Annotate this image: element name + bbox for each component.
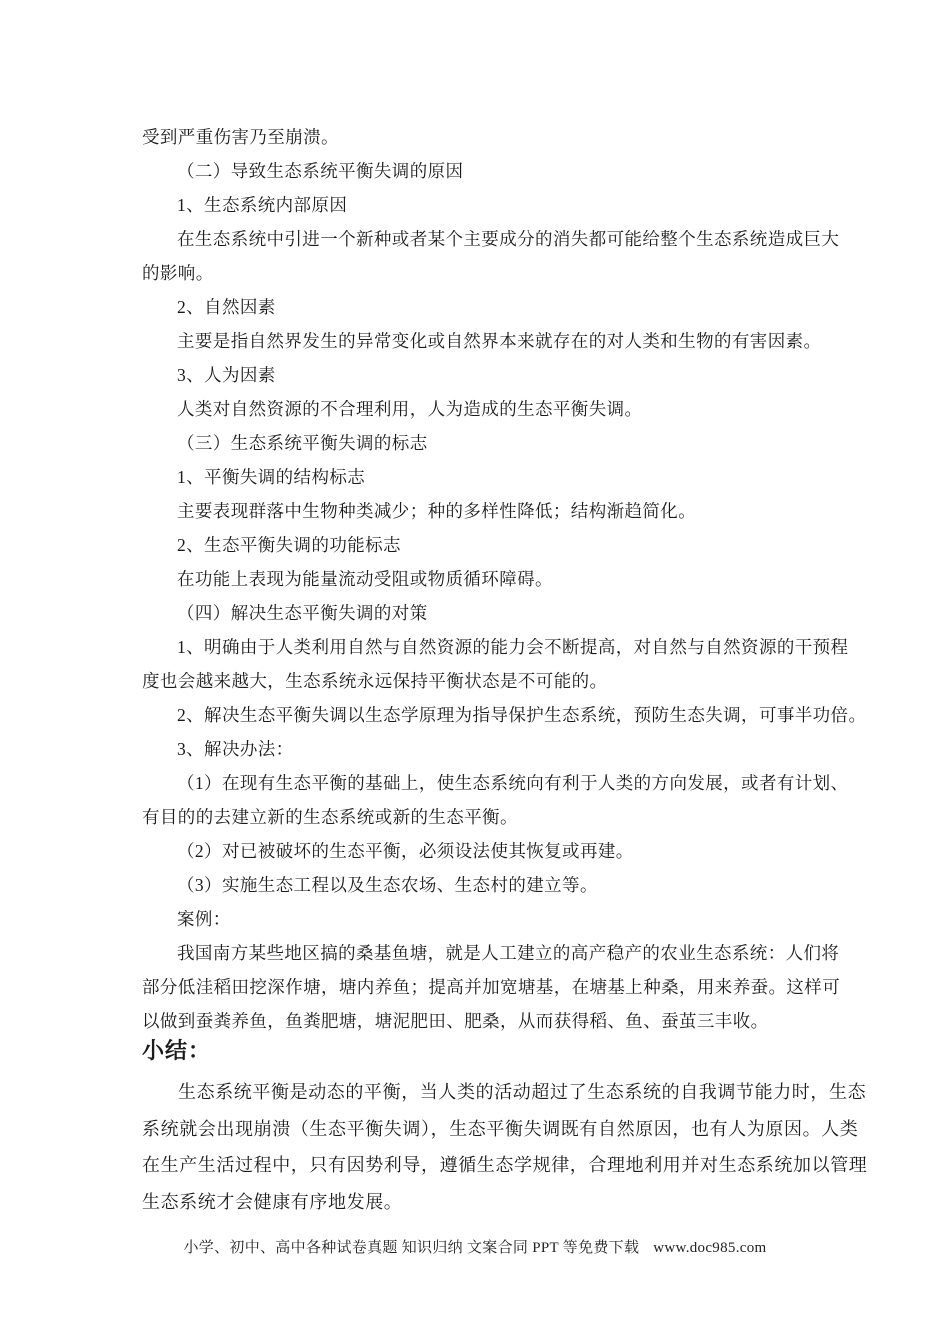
page-footer: 小学、初中、高中各种试卷真题 知识归纳 文案合同 PPT 等免费下载www.do… bbox=[0, 1238, 950, 1258]
body-line: 在功能上表现为能量流动受阻或物质循环障碍。 bbox=[142, 562, 848, 596]
body-line-section-4-heading: （四）解决生态平衡失调的对策 bbox=[142, 596, 848, 630]
body-line: （2）对已被破坏的生态平衡，必须设法使其恢复或再建。 bbox=[142, 834, 848, 868]
body-line: 以做到蚕粪养鱼，鱼粪肥塘，塘泥肥田、肥桑，从而获得稻、鱼、蚕茧三丰收。 bbox=[142, 1004, 848, 1038]
summary-line: 系统就会出现崩溃（生态平衡失调），生态平衡失调既有自然原因，也有人为原因。人类 bbox=[142, 1111, 848, 1148]
summary-paragraph: 生态系统平衡是动态的平衡，当人类的活动超过了生态系统的自我调节能力时，生态 系统… bbox=[142, 1074, 848, 1220]
body-line: （3）实施生态工程以及生态农场、生态村的建立等。 bbox=[142, 868, 848, 902]
body-line: 在生态系统中引进一个新种或者某个主要成分的消失都可能给整个生态系统造成巨大 bbox=[142, 222, 848, 256]
document-body: 受到严重伤害乃至崩溃。 （二）导致生态系统平衡失调的原因 1、生态系统内部原因 … bbox=[142, 120, 848, 1038]
footer-url[interactable]: www.doc985.com bbox=[653, 1240, 766, 1256]
body-line: 2、生态平衡失调的功能标志 bbox=[142, 528, 848, 562]
body-line: 人类对自然资源的不合理利用，人为造成的生态平衡失调。 bbox=[142, 392, 848, 426]
body-line: 3、解决办法： bbox=[142, 732, 848, 766]
footer-promo-text: 小学、初中、高中各种试卷真题 知识归纳 文案合同 PPT 等免费下载 bbox=[184, 1240, 640, 1256]
document-page: 受到严重伤害乃至崩溃。 （二）导致生态系统平衡失调的原因 1、生态系统内部原因 … bbox=[0, 0, 950, 1344]
body-line: 我国南方某些地区搞的桑基鱼塘，就是人工建立的高产稳产的农业生态系统：人们将 bbox=[142, 936, 848, 970]
body-line: 1、平衡失调的结构标志 bbox=[142, 460, 848, 494]
summary-heading: 小结： bbox=[142, 1036, 211, 1066]
body-line: 部分低洼稻田挖深作塘，塘内养鱼；提高并加宽塘基，在塘基上种桑，用来养蚕。这样可 bbox=[142, 970, 848, 1004]
body-line-section-2-heading: （二）导致生态系统平衡失调的原因 bbox=[142, 154, 848, 188]
body-line: 有目的的去建立新的生态系统或新的生态平衡。 bbox=[142, 800, 848, 834]
body-line: 1、明确由于人类利用自然与自然资源的能力会不断提高，对自然与自然资源的干预程 bbox=[142, 630, 848, 664]
body-line: 主要表现群落中生物种类减少；种的多样性降低；结构渐趋简化。 bbox=[142, 494, 848, 528]
summary-line: 生态系统才会健康有序地发展。 bbox=[142, 1184, 848, 1221]
body-line: 主要是指自然界发生的异常变化或自然界本来就存在的对人类和生物的有害因素。 bbox=[142, 324, 848, 358]
body-line: 1、生态系统内部原因 bbox=[142, 188, 848, 222]
body-line: 2、解决生态平衡失调以生态学原理为指导保护生态系统，预防生态失调，可事半功倍。 bbox=[142, 698, 848, 732]
body-line: （1）在现有生态平衡的基础上，使生态系统向有利于人类的方向发展，或者有计划、 bbox=[142, 766, 848, 800]
body-line-section-3-heading: （三）生态系统平衡失调的标志 bbox=[142, 426, 848, 460]
body-line: 度也会越来越大，生态系统永远保持平衡状态是不可能的。 bbox=[142, 664, 848, 698]
body-line: 的影响。 bbox=[142, 256, 848, 290]
body-line: 受到严重伤害乃至崩溃。 bbox=[142, 120, 848, 154]
summary-line: 在生产生活过程中，只有因势利导，遵循生态学规律，合理地利用并对生态系统加以管理 bbox=[142, 1147, 848, 1184]
body-line: 2、自然因素 bbox=[142, 290, 848, 324]
body-line: 3、人为因素 bbox=[142, 358, 848, 392]
body-line-case-label: 案例： bbox=[142, 902, 848, 936]
summary-line: 生态系统平衡是动态的平衡，当人类的活动超过了生态系统的自我调节能力时，生态 bbox=[142, 1074, 848, 1111]
